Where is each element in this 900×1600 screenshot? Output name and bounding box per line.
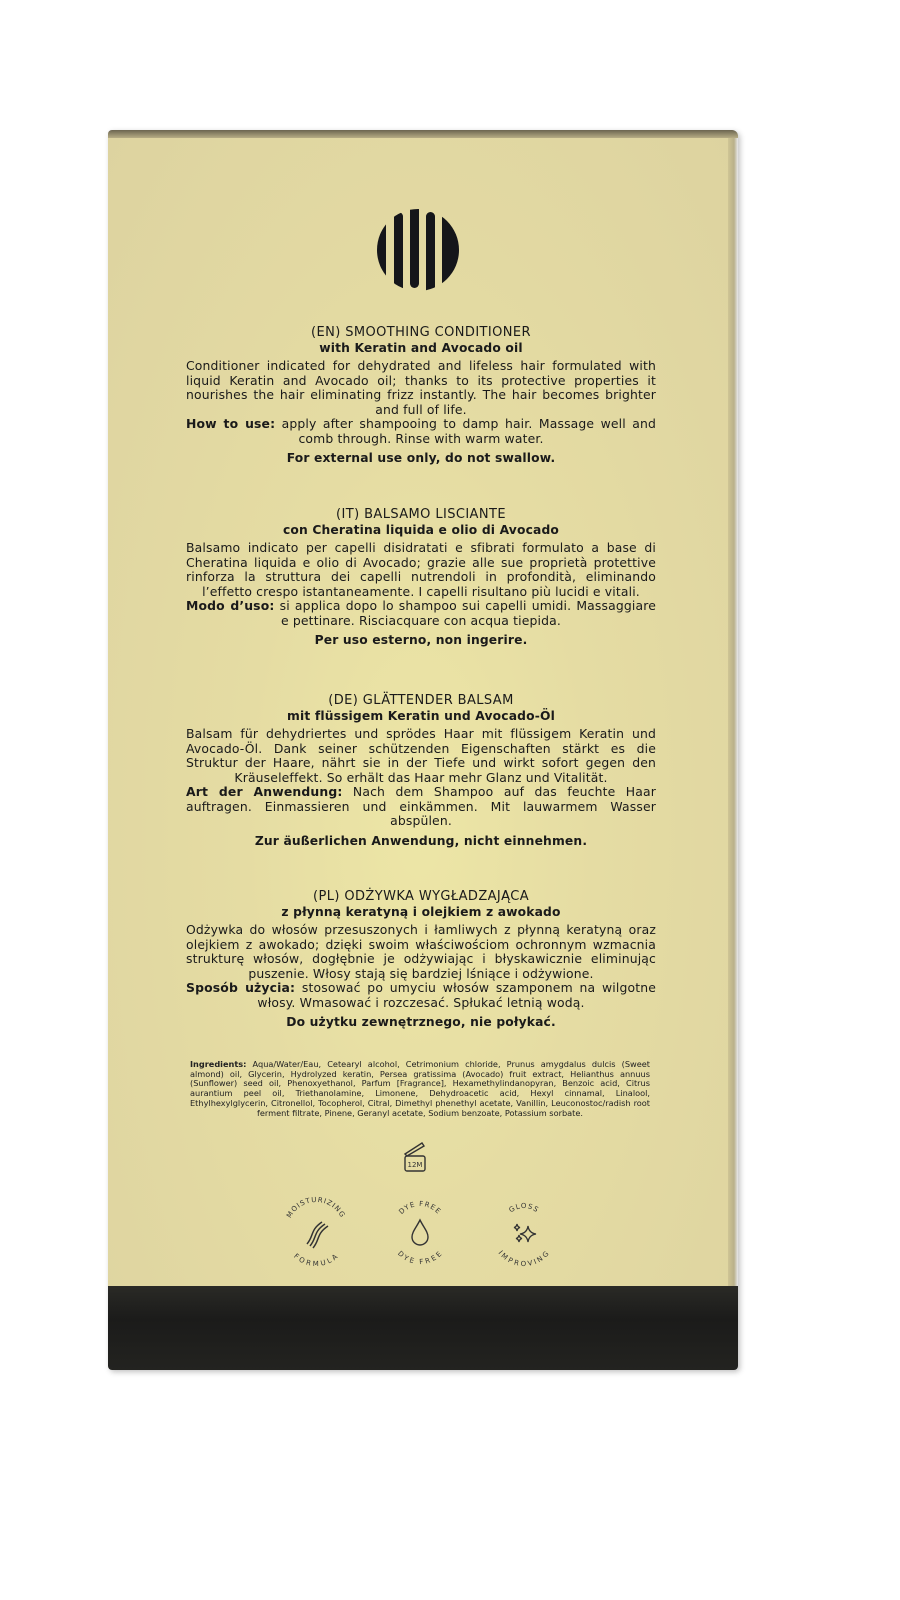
drop-icon	[412, 1220, 428, 1245]
usage-label: How to use:	[186, 416, 275, 431]
section-title: (PL) ODŻYWKA WYGŁADZAJĄCA	[186, 890, 656, 905]
ingredients-list: Ingredients: Aqua/Water/Eau, Cetearyl al…	[190, 1060, 650, 1118]
section-warning: For external use only, do not swallow.	[186, 451, 656, 466]
svg-text:FORMULA: FORMULA	[292, 1252, 340, 1268]
box-bottom-band	[108, 1286, 738, 1370]
section-it: (IT) BALSAMO LISCIANTE con Cheratina liq…	[186, 508, 656, 648]
usage-text: si applica dopo lo shampoo sui capelli u…	[280, 598, 656, 628]
section-subtitle: z płynną keratyną i olejkiem z awokado	[186, 905, 656, 920]
section-description: Balsam für dehydriertes und sprödes Haar…	[186, 727, 656, 829]
svg-text:DYE FREE: DYE FREE	[396, 1250, 444, 1267]
usage-text: apply after shampooing to damp hair. Mas…	[282, 416, 656, 446]
section-subtitle: mit flüssigem Keratin und Avocado-Öl	[186, 709, 656, 724]
section-pl: (PL) ODŻYWKA WYGŁADZAJĄCA z płynną kerat…	[186, 890, 656, 1030]
box-side-edge	[728, 138, 738, 1286]
open-jar-icon: 12M	[400, 1140, 430, 1174]
product-box: (EN) SMOOTHING CONDITIONER with Keratin …	[108, 130, 738, 1370]
section-title: (DE) GLÄTTENDER BALSAM	[186, 694, 656, 709]
usage-label: Art der Anwendung:	[186, 784, 342, 799]
section-title: (EN) SMOOTHING CONDITIONER	[186, 326, 656, 341]
section-subtitle: con Cheratina liquida e olio di Avocado	[186, 523, 656, 538]
svg-text:IMPROVING: IMPROVING	[497, 1249, 552, 1268]
usage-label: Sposób użycia:	[186, 980, 295, 995]
hair-wave-icon	[307, 1222, 328, 1248]
svg-text:GLOSS: GLOSS	[508, 1202, 541, 1214]
section-en: (EN) SMOOTHING CONDITIONER with Keratin …	[186, 326, 656, 466]
usage-text: stosować po umyciu włosów szamponem na w…	[257, 980, 656, 1010]
section-description: Odżywka do włosów przesuszonych i łamliw…	[186, 923, 656, 1010]
ingredients-text: Aqua/Water/Eau, Cetearyl alcohol, Cetrim…	[190, 1059, 650, 1118]
label-panel: (EN) SMOOTHING CONDITIONER with Keratin …	[108, 138, 730, 1286]
section-de: (DE) GLÄTTENDER BALSAM mit flüssigem Ker…	[186, 694, 656, 848]
svg-text:MOISTURIZING: MOISTURIZING	[285, 1196, 347, 1219]
section-subtitle: with Keratin and Avocado oil	[186, 341, 656, 356]
section-warning: Do użytku zewnętrznego, nie połykać.	[186, 1015, 656, 1030]
section-title: (IT) BALSAMO LISCIANTE	[186, 508, 656, 523]
badge-dye-free: DYE FREE DYE FREE	[380, 1190, 460, 1270]
section-warning: Zur äußerlichen Anwendung, nicht einnehm…	[186, 834, 656, 849]
usage-label: Modo d’uso:	[186, 598, 274, 613]
badge-moisturizing: MOISTURIZING FORMULA	[276, 1190, 356, 1270]
sparkles-icon	[514, 1224, 536, 1242]
ingredients-label: Ingredients:	[190, 1059, 246, 1069]
striped-circle-logo-icon	[376, 208, 460, 292]
badge-gloss: GLOSS IMPROVING	[484, 1190, 564, 1270]
section-warning: Per uso esterno, non ingerire.	[186, 633, 656, 648]
svg-text:DYE FREE: DYE FREE	[397, 1200, 442, 1216]
pao-label: 12M	[408, 1161, 423, 1169]
section-description: Balsamo indicato per capelli disidratati…	[186, 541, 656, 628]
section-description: Conditioner indicated for dehydrated and…	[186, 359, 656, 446]
